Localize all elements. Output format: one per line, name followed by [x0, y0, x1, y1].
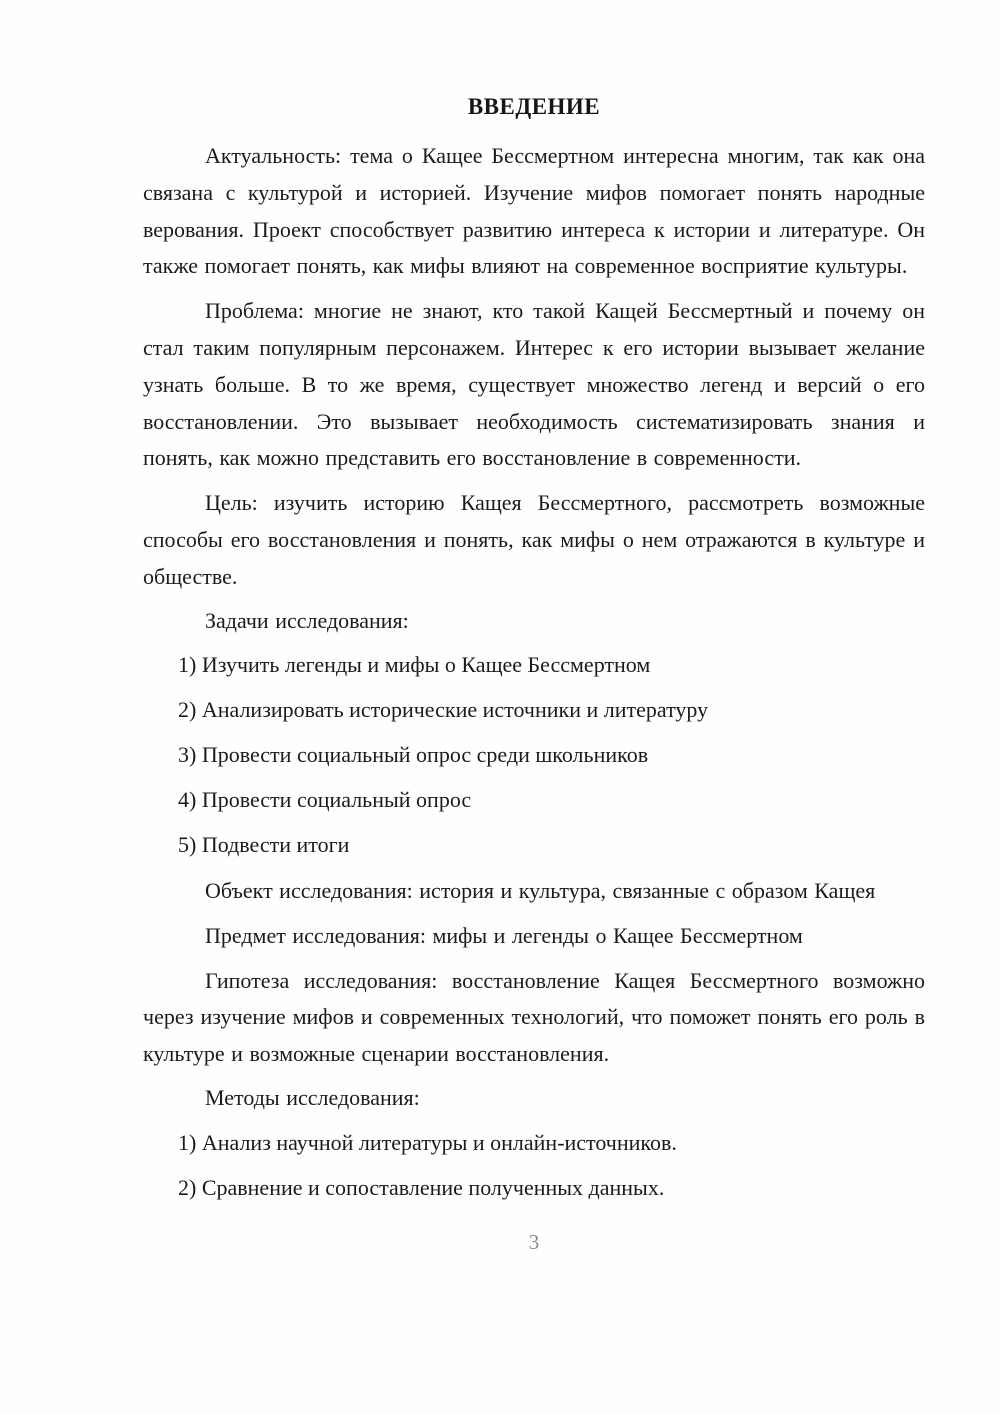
- paragraph-hypothesis: Гипотеза исследования: восстановление Ка…: [143, 963, 925, 1073]
- paragraph-object: Объект исследования: история и культура,…: [143, 873, 925, 910]
- task-item-1: 1) Изучить легенды и мифы о Кащее Бессме…: [178, 647, 925, 684]
- paragraph-goal: Цель: изучить историю Кащея Бессмертного…: [143, 485, 925, 595]
- task-item-5: 5) Подвести итоги: [178, 827, 925, 864]
- task-item-4: 4) Провести социальный опрос: [178, 782, 925, 819]
- paragraph-relevance: Актуальность: тема о Кащее Бессмертном и…: [143, 138, 925, 285]
- tasks-list: 1) Изучить легенды и мифы о Кащее Бессме…: [143, 647, 925, 864]
- methods-list: 1) Анализ научной литературы и онлайн-ис…: [143, 1125, 925, 1207]
- document-page: ВВЕДЕНИЕ Актуальность: тема о Кащее Бесс…: [0, 0, 1000, 1414]
- method-item-2: 2) Сравнение и сопоставление полученных …: [178, 1170, 925, 1207]
- paragraph-problem: Проблема: многие не знают, кто такой Кащ…: [143, 293, 925, 477]
- page-title: ВВЕДЕНИЕ: [143, 88, 925, 125]
- page-number: 3: [143, 1227, 925, 1257]
- paragraph-subject: Предмет исследования: мифы и легенды о К…: [143, 918, 925, 955]
- method-item-1: 1) Анализ научной литературы и онлайн-ис…: [178, 1125, 925, 1162]
- task-item-2: 2) Анализировать исторические источники …: [178, 692, 925, 729]
- task-item-3: 3) Провести социальный опрос среди школь…: [178, 737, 925, 774]
- tasks-heading: Задачи исследования:: [143, 603, 925, 640]
- methods-heading: Методы исследования:: [143, 1080, 925, 1117]
